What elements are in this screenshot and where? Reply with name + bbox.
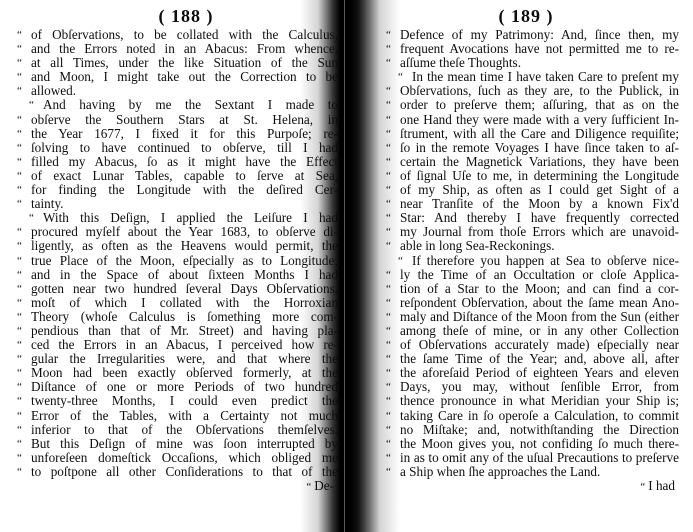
quote-mark: “	[386, 225, 391, 239]
text-line: “Theory (whoſe Calculus is ſomething mor…	[14, 310, 338, 324]
quote-mark: “	[17, 338, 22, 352]
line-text: for finding the Longitude with the deſir…	[31, 182, 338, 197]
line-text: of ſignal Uſe to me, in determining the …	[400, 168, 679, 183]
quote-mark: “	[386, 197, 391, 211]
quote-mark: “	[386, 310, 391, 324]
line-text: the Moon gives you, not confiding ſo muc…	[400, 436, 679, 451]
book-spread: ( 188 ) “of Obſervations, to be collated…	[0, 0, 693, 532]
text-line: “Defence of my Patrimony: And, ſince the…	[383, 28, 679, 42]
quote-mark: “	[17, 310, 22, 324]
quote-mark: “	[17, 42, 22, 56]
quote-mark: “	[386, 98, 391, 112]
line-text: pendious than that of Mr. Street) and ha…	[31, 323, 338, 338]
quote-mark: “	[17, 268, 22, 282]
text-line: “Obſervations, ſuch as they are, to the …	[383, 84, 679, 98]
text-line: “true Place of the Moon, eſpecially as t…	[14, 254, 338, 268]
quote-mark: “	[386, 296, 391, 310]
quote-mark: “	[17, 183, 22, 197]
text-line: “the ſame Time of the Year; and, above a…	[383, 352, 679, 366]
quote-mark: “	[386, 352, 391, 366]
text-line: “a Ship when ſhe approaches the Land.	[383, 465, 679, 479]
line-text: tion of a Star to the Moon; and can find…	[400, 281, 679, 296]
text-line: “taking Care in ſo operoſe a Calculation…	[383, 409, 679, 423]
line-text: my Journal from thoſe Errors which are u…	[400, 224, 679, 239]
text-line: “near Tranſite of the Moon by a known Fi…	[383, 197, 679, 211]
quote-mark: “	[17, 254, 22, 268]
line-text: and Moon, I might take out the Correctio…	[31, 69, 338, 84]
quote-mark: “	[17, 352, 22, 366]
quote-mark: “	[386, 324, 391, 338]
line-text: moſt of which I collated with the Horrox…	[31, 295, 338, 310]
line-text: Moon had been exactly obſerved formerly,…	[31, 365, 338, 380]
text-line: “filled my Abacus, ſo as it might have t…	[14, 155, 338, 169]
line-text: thence pronounce in what Meridian your S…	[400, 393, 679, 408]
text-line: “maly and Diſtance of the Moon from the …	[383, 310, 679, 324]
line-text: allowed.	[31, 83, 76, 98]
line-text: gular the Irregularities were, and that …	[31, 351, 338, 366]
page-text: “Defence of my Patrimony: And, ſince the…	[383, 28, 679, 493]
quote-mark: “	[17, 141, 22, 155]
line-text: in as to omit any of the uſual Precautio…	[400, 450, 679, 465]
text-line: “twenty-three Months, I could even predi…	[14, 394, 338, 408]
quote-mark: “	[386, 28, 391, 42]
quote-mark: “	[386, 282, 391, 296]
text-line: “moſt of which I collated with the Horro…	[14, 296, 338, 310]
line-text: of my Ship, as often as I could get Sigh…	[400, 182, 679, 197]
page-text: “of Obſervations, to be collated with th…	[14, 28, 338, 493]
text-line: “order to preſerve them; aſſuring, that …	[383, 98, 679, 112]
line-text: of exact Lunar Tables, capable to ſerve …	[31, 168, 338, 183]
quote-mark: “	[640, 481, 645, 493]
line-text: near Tranſite of the Moon by a known Fix…	[400, 196, 679, 211]
text-line: “and Moon, I might take out the Correcti…	[14, 70, 338, 84]
line-text: Obſervations, ſuch as they are, to the P…	[400, 83, 679, 98]
line-text: the aforeſaid Period of eighteen Years a…	[400, 365, 679, 380]
quote-mark: “	[17, 282, 22, 296]
quote-mark: “	[386, 42, 391, 56]
line-text: obſerve the Southern Stars at St. Helena…	[31, 112, 338, 127]
text-line: “frequent Avocations have not permitted …	[383, 42, 679, 56]
line-text: With this Deſign, I applied the Leiſure …	[43, 210, 338, 225]
line-text: If therefore you happen at Sea to obſerv…	[412, 253, 679, 268]
line-text: ced the Errors in an Abacus, I perceived…	[31, 337, 338, 352]
quote-mark: “	[386, 169, 391, 183]
page-number: ( 189 )	[383, 7, 679, 25]
quote-mark: “	[386, 366, 391, 380]
quote-mark: “	[386, 451, 391, 465]
quote-mark: “	[386, 394, 391, 408]
text-line: “reſpondent Obſervation, about the ſame …	[383, 296, 679, 310]
text-line: “at all Times, under the like Situation …	[14, 56, 338, 70]
quote-mark: “	[17, 296, 22, 310]
line-text: gotten near two hundred ſeveral Days Obſ…	[31, 281, 338, 296]
quote-mark: “	[386, 409, 391, 423]
quote-mark: “	[17, 225, 22, 239]
line-text: tainty.	[31, 196, 63, 211]
text-line: “pendious than that of Mr. Street) and h…	[14, 324, 338, 338]
line-text: and the Errors noted in an Abacus: From …	[31, 41, 338, 56]
text-line: “and in the Space of about ſixteen Month…	[14, 268, 338, 282]
line-text: ſtrument, with all the Care and Diligenc…	[400, 126, 679, 141]
quote-mark: “	[17, 127, 22, 141]
text-line: “of Obſervations, to be collated with th…	[14, 28, 338, 42]
quote-mark: “	[17, 28, 22, 42]
text-line: “tion of a Star to the Moon; and can fin…	[383, 282, 679, 296]
right-page: ( 189 ) “Defence of my Patrimony: And, ſ…	[383, 0, 679, 493]
quote-mark: “	[306, 481, 311, 493]
quote-mark: “	[17, 451, 22, 465]
quote-mark: “	[17, 56, 22, 70]
text-line: “With this Deſign, I applied the Leiſure…	[14, 211, 338, 225]
text-line: “of my Ship, as often as I could get Sig…	[383, 183, 679, 197]
line-text: twenty-three Months, I could even predic…	[31, 393, 338, 408]
line-text: ly the Time of an Occultation or cloſe A…	[400, 267, 679, 282]
quote-mark: “	[17, 437, 22, 451]
text-line: “to poſtpone all other Conſiderations to…	[14, 465, 338, 479]
quote-mark: “	[386, 155, 391, 169]
quote-mark: “	[17, 324, 22, 338]
text-line: “among theſe of mine, or in any other Co…	[383, 324, 679, 338]
line-text: But this Deſign of mine was ſoon interru…	[31, 436, 338, 451]
line-text: the Year 1677, I fixed it for this Purpo…	[31, 126, 338, 141]
quote-mark: “	[386, 380, 391, 394]
text-line: “In the mean time I have taken Care to p…	[383, 70, 679, 84]
quote-mark: “	[17, 239, 22, 253]
text-line: “gular the Irregularities were, and that…	[14, 352, 338, 366]
page-number: ( 188 )	[14, 7, 338, 25]
text-line: “gotten near two hundred ſeveral Days Ob…	[14, 282, 338, 296]
line-text: filled my Abacus, ſo as it might have th…	[31, 154, 338, 169]
line-text: Error of the Tables, with a Certainty no…	[31, 408, 338, 423]
text-line: “ced the Errors in an Abacus, I perceive…	[14, 338, 338, 352]
line-text: the ſame Time of the Year; and, above al…	[400, 351, 679, 366]
text-line: “unforeſeen domeſtick Occaſions, which o…	[14, 451, 338, 465]
line-text: Theory (whoſe Calculus is ſomething more…	[31, 309, 338, 324]
line-text: true Place of the Moon, eſpecially as to…	[31, 253, 338, 268]
quote-mark: “	[17, 197, 22, 211]
text-line: “Star: And thereby I have frequently cor…	[383, 211, 679, 225]
text-line: “Moon had been exactly obſerved formerly…	[14, 366, 338, 380]
line-text: aſſume theſe Thoughts.	[400, 55, 521, 70]
text-line: “the aforeſaid Period of eighteen Years …	[383, 366, 679, 380]
quote-mark: “	[386, 141, 391, 155]
text-line: “my Journal from thoſe Errors which are …	[383, 225, 679, 239]
line-text: among theſe of mine, or in any other Col…	[400, 323, 679, 338]
text-line: “And having by me the Sextant I made to	[14, 98, 338, 112]
quote-mark: “	[17, 423, 22, 437]
catchword-text: De-	[314, 478, 334, 493]
text-line: “one Hand they were made with a very ſuf…	[383, 113, 679, 127]
quote-mark: “	[386, 437, 391, 451]
text-line: “in as to omit any of the uſual Precauti…	[383, 451, 679, 465]
text-line: “the Year 1677, I fixed it for this Purp…	[14, 127, 338, 141]
text-line: “ſolving to have continued to obſerve, t…	[14, 141, 338, 155]
catchword: “De-	[14, 479, 338, 493]
line-text: of Obſervations, to be collated with the…	[31, 27, 338, 42]
quote-mark: “	[386, 268, 391, 282]
text-line: “thence pronounce in what Meridian your …	[383, 394, 679, 408]
quote-mark: “	[17, 113, 22, 127]
line-text: no Miſtake; and, notwithſtanding the Dir…	[400, 422, 679, 437]
quote-mark: “	[17, 169, 22, 183]
quote-mark: “	[386, 239, 391, 253]
text-line: “obſerve the Southern Stars at St. Helen…	[14, 113, 338, 127]
quote-mark: “	[29, 98, 34, 112]
text-line: “procured myſelf about the Year 1683, to…	[14, 225, 338, 239]
line-text: and in the Space of about ſixteen Months…	[31, 267, 338, 282]
left-page: ( 188 ) “of Obſervations, to be collated…	[14, 0, 338, 493]
gutter-fold	[344, 0, 345, 532]
line-text: at all Times, under the like Situation o…	[31, 55, 338, 70]
text-line: “inferior to that of the Obſervations th…	[14, 423, 338, 437]
text-line: “allowed.	[14, 84, 338, 98]
quote-mark: “	[17, 394, 22, 408]
line-text: And having by me the Sextant I made to	[43, 97, 338, 112]
text-line: “But this Deſign of mine was ſoon interr…	[14, 437, 338, 451]
line-text: to poſtpone all other Conſiderations to …	[31, 464, 338, 479]
quote-mark: “	[386, 84, 391, 98]
line-text: taking Care in ſo operoſe a Calculation,…	[400, 408, 679, 423]
line-text: maly and Diſtance of the Moon from the S…	[400, 309, 679, 324]
text-line: “the Moon gives you, not confiding ſo mu…	[383, 437, 679, 451]
text-line: “ly the Time of an Occultation or cloſe …	[383, 268, 679, 282]
line-text: Days, you may, without ſenſible Error, f…	[400, 379, 679, 394]
quote-mark: “	[386, 127, 391, 141]
quote-mark: “	[17, 366, 22, 380]
line-text: procured myſelf about the Year 1683, to …	[31, 224, 338, 239]
line-text: In the mean time I have taken Care to pr…	[412, 69, 679, 84]
text-line: “and the Errors noted in an Abacus: From…	[14, 42, 338, 56]
quote-mark: “	[386, 56, 391, 70]
line-text: able in long Sea-Reckonings.	[400, 238, 555, 253]
text-line: “Diſtance of one or more Periods of two …	[14, 380, 338, 394]
catchword: “I had	[383, 479, 679, 493]
text-line: “ſtrument, with all the Care and Diligen…	[383, 127, 679, 141]
line-text: unforeſeen domeſtick Occaſions, which ob…	[31, 450, 338, 465]
text-line: “tainty.	[14, 197, 338, 211]
quote-mark: “	[386, 211, 391, 225]
line-text: one Hand they were made with a very ſuff…	[400, 112, 679, 127]
text-line: “Error of the Tables, with a Certainty n…	[14, 409, 338, 423]
text-line: “of ſignal Uſe to me, in determining the…	[383, 169, 679, 183]
quote-mark: “	[386, 465, 391, 479]
text-line: “Days, you may, without ſenſible Error, …	[383, 380, 679, 394]
catchword-text: I had	[648, 478, 675, 493]
quote-mark: “	[386, 423, 391, 437]
quote-mark: “	[17, 465, 22, 479]
quote-mark: “	[398, 254, 403, 268]
quote-mark: “	[398, 70, 403, 84]
text-line: “no Miſtake; and, notwithſtanding the Di…	[383, 423, 679, 437]
line-text: frequent Avocations have not permitted m…	[400, 41, 679, 56]
line-text: order to preſerve them; aſſuring, that a…	[400, 97, 679, 112]
quote-mark: “	[386, 338, 391, 352]
text-line: “If therefore you happen at Sea to obſer…	[383, 254, 679, 268]
line-text: inferior to that of the Obſervations the…	[31, 422, 338, 437]
line-text: Diſtance of one or more Periods of two h…	[31, 379, 338, 394]
line-text: ſo in the remote Voyages I have ſince ta…	[400, 140, 679, 155]
text-line: “of exact Lunar Tables, capable to ſerve…	[14, 169, 338, 183]
quote-mark: “	[29, 211, 34, 225]
quote-mark: “	[17, 380, 22, 394]
line-text: ligently, as often as the Heavens would …	[31, 238, 338, 253]
line-text: Star: And thereby I have frequently corr…	[400, 210, 679, 225]
quote-mark: “	[386, 183, 391, 197]
line-text: ſolving to have continued to obſerve, ti…	[31, 140, 338, 155]
quote-mark: “	[17, 70, 22, 84]
quote-mark: “	[386, 113, 391, 127]
text-line: “of Obſervations accurately made) eſpeci…	[383, 338, 679, 352]
quote-mark: “	[17, 84, 22, 98]
text-line: “ligently, as often as the Heavens would…	[14, 239, 338, 253]
line-text: of Obſervations accurately made) eſpecia…	[400, 337, 679, 352]
text-line: “able in long Sea-Reckonings.	[383, 239, 679, 253]
text-line: “certain the Magnetick Variations, they …	[383, 155, 679, 169]
text-line: “aſſume theſe Thoughts.	[383, 56, 679, 70]
line-text: certain the Magnetick Variations, they h…	[400, 154, 679, 169]
text-line: “ſo in the remote Voyages I have ſince t…	[383, 141, 679, 155]
quote-mark: “	[17, 409, 22, 423]
line-text: a Ship when ſhe approaches the Land.	[400, 464, 600, 479]
quote-mark: “	[17, 155, 22, 169]
line-text: Defence of my Patrimony: And, ſince then…	[400, 27, 679, 42]
line-text: reſpondent Obſervation, about the ſame m…	[400, 295, 679, 310]
text-line: “for finding the Longitude with the deſi…	[14, 183, 338, 197]
